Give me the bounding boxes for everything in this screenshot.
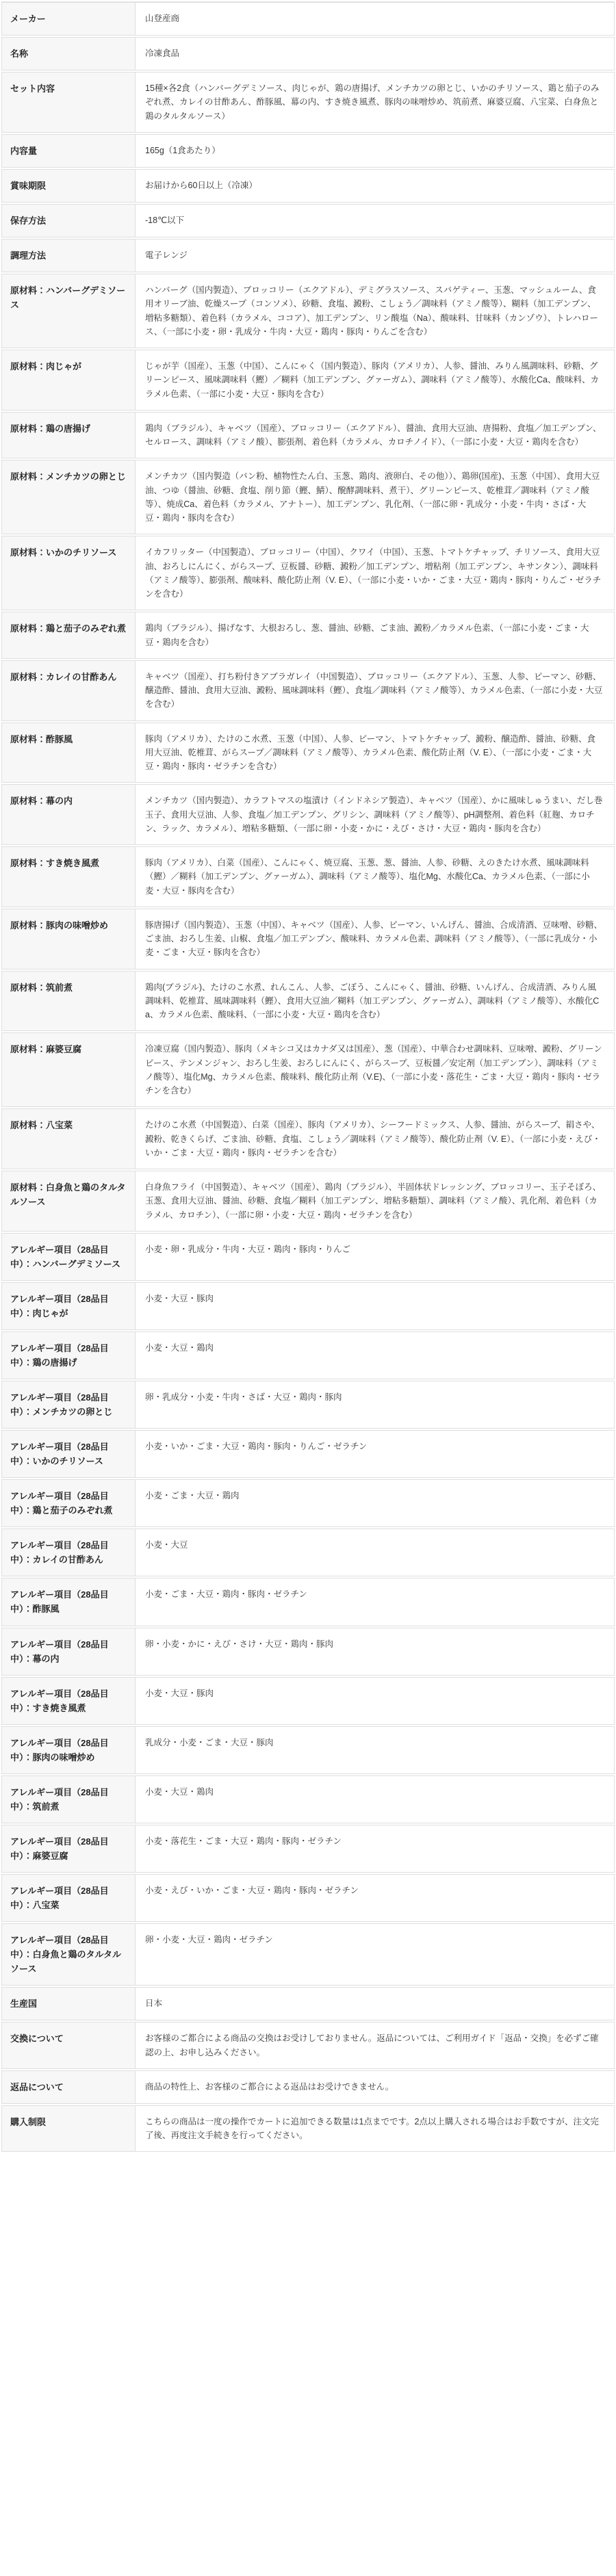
row-label: 原材料：豚肉の味噌炒め xyxy=(1,909,136,970)
row-value: -18℃以下 xyxy=(136,204,615,237)
table-row: アレルギー項目（28品目中）：筑前煮 小麦・大豆・鶏肉 xyxy=(1,1775,615,1823)
row-value: 小麦・いか・ごま・大豆・鶏肉・豚肉・りんご・ゼラチン xyxy=(136,1430,615,1478)
table-row: 原材料：いかのチリソース イカフリッター（中国製造）、ブロッコリー（中国）、クワ… xyxy=(1,536,615,610)
row-value: 小麦・大豆・豚肉 xyxy=(136,1677,615,1725)
table-row: メーカー 山登産商 xyxy=(1,2,615,36)
table-row: 生産国 日本 xyxy=(1,1987,615,2020)
table-row: アレルギー項目（28品目中）：豚肉の味噌炒め 乳成分・小麦・ごま・大豆・豚肉 xyxy=(1,1726,615,1774)
row-value: 鶏肉（ブラジル）、キャベツ（国産）、ブロッコリー（エクアドル）、醤油、食用大豆油… xyxy=(136,412,615,459)
row-label: アレルギー項目（28品目中）：ハンバーグデミソース xyxy=(1,1233,136,1281)
table-row: アレルギー項目（28品目中）：白身魚と鶏のタルタルソース 卵・小麦・大豆・鶏肉・… xyxy=(1,1923,615,1986)
row-value: 鶏肉（ブラジル）、揚げなす、大根おろし、葱、醤油、砂糖、ごま油、澱粉／カラメル色… xyxy=(136,612,615,659)
row-value: こちらの商品は一度の操作でカートに追加できる数量は1点までです。2点以上購入され… xyxy=(136,2105,615,2152)
table-row: アレルギー項目（28品目中）：カレイの甘酢あん 小麦・大豆 xyxy=(1,1528,615,1576)
row-value: お届けから60日以上（冷凍） xyxy=(136,169,615,203)
table-row: 内容量 165g（1食あたり） xyxy=(1,134,615,168)
row-label: アレルギー項目（28品目中）：幕の内 xyxy=(1,1628,136,1676)
table-row: 原材料：すき焼き風煮 豚肉（アメリカ）、白菜（国産）、こんにゃく、焼豆腐、玉葱、… xyxy=(1,846,615,907)
row-value: 鶏肉(ブラジル)、たけのこ水煮、れんこん、人参、ごぼう、こんにゃく、醤油、砂糖、… xyxy=(136,971,615,1032)
row-label: 賞味期限 xyxy=(1,169,136,203)
row-label: アレルギー項目（28品目中）：メンチカツの卵とじ xyxy=(1,1381,136,1429)
row-value: メンチカツ（国内製造（パン粉、植物性たん白、玉葱、鶏肉、液卵白、その他））、鶏卵… xyxy=(136,460,615,534)
table-row: 購入制限 こちらの商品は一度の操作でカートに追加できる数量は1点までです。2点以… xyxy=(1,2105,615,2152)
row-value: メンチカツ（国内製造）、カラフトマスの塩漬け（インドネシア製造）、キャベツ（国産… xyxy=(136,784,615,845)
table-row: 原材料：麻婆豆腐 冷凍豆腐（国内製造）、豚肉（メキシコ又はカナダ又は国産）、葱（… xyxy=(1,1032,615,1107)
row-label: 調理方法 xyxy=(1,239,136,272)
row-value: 山登産商 xyxy=(136,2,615,36)
table-row: 保存方法 -18℃以下 xyxy=(1,204,615,237)
row-label: 原材料：鶏と茄子のみぞれ煮 xyxy=(1,612,136,659)
row-label: 原材料：筑前煮 xyxy=(1,971,136,1032)
table-row: セット内容 15種×各2食（ハンバーグデミソース、肉じゃが、鶏の唐揚げ、メンチカ… xyxy=(1,72,615,133)
row-value: 小麦・大豆 xyxy=(136,1528,615,1576)
row-label: アレルギー項目（28品目中）：麻婆豆腐 xyxy=(1,1825,136,1873)
row-label: アレルギー項目（28品目中）：鶏の唐揚げ xyxy=(1,1331,136,1379)
row-label: 原材料：肉じゃが xyxy=(1,350,136,411)
row-value: じゃが芋（国産）、玉葱（中国）、こんにゃく（国内製造）、豚肉（アメリカ）、人参、… xyxy=(136,350,615,411)
row-label: 原材料：鶏の唐揚げ xyxy=(1,412,136,459)
row-label: 原材料：いかのチリソース xyxy=(1,536,136,610)
table-row: 調理方法 電子レンジ xyxy=(1,239,615,272)
table-row: アレルギー項目（28品目中）：鶏と茄子のみぞれ煮 小麦・ごま・大豆・鶏肉 xyxy=(1,1479,615,1527)
row-label: アレルギー項目（28品目中）：筑前煮 xyxy=(1,1775,136,1823)
row-value: 小麦・落花生・ごま・大豆・鶏肉・豚肉・ゼラチン xyxy=(136,1825,615,1873)
row-label: 原材料：八宝菜 xyxy=(1,1108,136,1169)
row-label: アレルギー項目（28品目中）：白身魚と鶏のタルタルソース xyxy=(1,1923,136,1986)
table-row: 賞味期限 お届けから60日以上（冷凍） xyxy=(1,169,615,203)
row-value: 白身魚フライ（中国製造）、キャベツ（国産）、鶏肉（ブラジル）、半固体状ドレッシン… xyxy=(136,1171,615,1232)
row-value: 冷凍食品 xyxy=(136,37,615,70)
table-row: 原材料：メンチカツの卵とじ メンチカツ（国内製造（パン粉、植物性たん白、玉葱、鶏… xyxy=(1,460,615,534)
row-value: 冷凍豆腐（国内製造）、豚肉（メキシコ又はカナダ又は国産）、葱（国産）、中華合わせ… xyxy=(136,1032,615,1107)
row-value: 15種×各2食（ハンバーグデミソース、肉じゃが、鶏の唐揚げ、メンチカツの卵とじ、… xyxy=(136,72,615,133)
row-value: 卵・小麦・かに・えび・さけ・大豆・鶏肉・豚肉 xyxy=(136,1628,615,1676)
row-label: アレルギー項目（28品目中）：すき焼き風煮 xyxy=(1,1677,136,1725)
table-row: アレルギー項目（28品目中）：鶏の唐揚げ 小麦・大豆・鶏肉 xyxy=(1,1331,615,1379)
table-row: 原材料：筑前煮 鶏肉(ブラジル)、たけのこ水煮、れんこん、人参、ごぼう、こんにゃ… xyxy=(1,971,615,1032)
row-value: 小麦・えび・いか・ごま・大豆・鶏肉・豚肉・ゼラチン xyxy=(136,1874,615,1922)
row-label: 生産国 xyxy=(1,1987,136,2020)
table-row: 原材料：幕の内 メンチカツ（国内製造）、カラフトマスの塩漬け（インドネシア製造）… xyxy=(1,784,615,845)
table-row: 交換について お客様のご都合による商品の交換はお受けしておりません。返品について… xyxy=(1,2022,615,2069)
row-label: 原材料：麻婆豆腐 xyxy=(1,1032,136,1107)
table-row: 原材料：鶏と茄子のみぞれ煮 鶏肉（ブラジル）、揚げなす、大根おろし、葱、醤油、砂… xyxy=(1,612,615,659)
row-label: アレルギー項目（28品目中）：肉じゃが xyxy=(1,1282,136,1330)
row-value: ハンバーグ（国内製造）、ブロッコリー（エクアドル）、デミグラスソース、スパゲティ… xyxy=(136,274,615,348)
table-row: 原材料：八宝菜 たけのこ水煮（中国製造）、白菜（国産）、豚肉（アメリカ）、シーフ… xyxy=(1,1108,615,1169)
row-label: 返品について xyxy=(1,2070,136,2104)
table-row: 原材料：ハンバーグデミソース ハンバーグ（国内製造）、ブロッコリー（エクアドル）… xyxy=(1,274,615,348)
row-label: 内容量 xyxy=(1,134,136,168)
row-value: 豚肉（アメリカ）、たけのこ水煮、玉葱（中国）、人参、ピーマン、トマトケチャップ、… xyxy=(136,723,615,783)
table-row: アレルギー項目（28品目中）：麻婆豆腐 小麦・落花生・ごま・大豆・鶏肉・豚肉・ゼ… xyxy=(1,1825,615,1873)
row-value: 小麦・卵・乳成分・牛肉・大豆・鶏肉・豚肉・りんご xyxy=(136,1233,615,1281)
row-value: 卵・乳成分・小麦・牛肉・さば・大豆・鶏肉・豚肉 xyxy=(136,1381,615,1429)
row-value: 豚肉（アメリカ）、白菜（国産）、こんにゃく、焼豆腐、玉葱、葱、醤油、人参、砂糖、… xyxy=(136,846,615,907)
table-row: アレルギー項目（28品目中）：ハンバーグデミソース 小麦・卵・乳成分・牛肉・大豆… xyxy=(1,1233,615,1281)
table-row: アレルギー項目（28品目中）：メンチカツの卵とじ 卵・乳成分・小麦・牛肉・さば・… xyxy=(1,1381,615,1429)
row-label: アレルギー項目（28品目中）：いかのチリソース xyxy=(1,1430,136,1478)
table-row: アレルギー項目（28品目中）：すき焼き風煮 小麦・大豆・豚肉 xyxy=(1,1677,615,1725)
table-row: 原材料：白身魚と鶏のタルタルソース 白身魚フライ（中国製造）、キャベツ（国産）、… xyxy=(1,1171,615,1232)
row-label: 原材料：白身魚と鶏のタルタルソース xyxy=(1,1171,136,1232)
row-value: キャベツ（国産）、打ち粉付きアブラガレイ（中国製造）、ブロッコリー（エクアドル）… xyxy=(136,660,615,721)
table-row: アレルギー項目（28品目中）：酢豚風 小麦・ごま・大豆・鶏肉・豚肉・ゼラチン xyxy=(1,1578,615,1626)
table-row: アレルギー項目（28品目中）：八宝菜 小麦・えび・いか・ごま・大豆・鶏肉・豚肉・… xyxy=(1,1874,615,1922)
row-value: 商品の特性上、お客様のご都合による返品はお受けできません。 xyxy=(136,2070,615,2104)
row-value: 豚唐揚げ（国内製造）、玉葱（中国）、キャベツ（国産）、人参、ピーマン、いんげん、… xyxy=(136,909,615,970)
table-row: 原材料：酢豚風 豚肉（アメリカ）、たけのこ水煮、玉葱（中国）、人参、ピーマン、ト… xyxy=(1,723,615,783)
row-value: 小麦・大豆・豚肉 xyxy=(136,1282,615,1330)
row-label: アレルギー項目（28品目中）：酢豚風 xyxy=(1,1578,136,1626)
row-value: たけのこ水煮（中国製造）、白菜（国産）、豚肉（アメリカ）、シーフードミックス、人… xyxy=(136,1108,615,1169)
product-spec-table: メーカー 山登産商 名称 冷凍食品 セット内容 15種×各2食（ハンバーグデミソ… xyxy=(1,1,615,2152)
row-label: 原材料：幕の内 xyxy=(1,784,136,845)
row-label: 原材料：カレイの甘酢あん xyxy=(1,660,136,721)
row-value: お客様のご都合による商品の交換はお受けしておりません。返品については、ご利用ガイ… xyxy=(136,2022,615,2069)
row-label: 交換について xyxy=(1,2022,136,2069)
table-row: 原材料：鶏の唐揚げ 鶏肉（ブラジル）、キャベツ（国産）、ブロッコリー（エクアドル… xyxy=(1,412,615,459)
row-label: 原材料：メンチカツの卵とじ xyxy=(1,460,136,534)
table-row: 原材料：肉じゃが じゃが芋（国産）、玉葱（中国）、こんにゃく（国内製造）、豚肉（… xyxy=(1,350,615,411)
row-label: 原材料：ハンバーグデミソース xyxy=(1,274,136,348)
row-value: 165g（1食あたり） xyxy=(136,134,615,168)
row-label: 購入制限 xyxy=(1,2105,136,2152)
row-label: 原材料：すき焼き風煮 xyxy=(1,846,136,907)
table-row: 原材料：カレイの甘酢あん キャベツ（国産）、打ち粉付きアブラガレイ（中国製造）、… xyxy=(1,660,615,721)
row-label: セット内容 xyxy=(1,72,136,133)
row-label: アレルギー項目（28品目中）：豚肉の味噌炒め xyxy=(1,1726,136,1774)
row-value: 電子レンジ xyxy=(136,239,615,272)
row-value: 小麦・ごま・大豆・鶏肉・豚肉・ゼラチン xyxy=(136,1578,615,1626)
row-value: 小麦・大豆・鶏肉 xyxy=(136,1331,615,1379)
row-label: 名称 xyxy=(1,37,136,70)
table-row: 名称 冷凍食品 xyxy=(1,37,615,70)
row-label: 原材料：酢豚風 xyxy=(1,723,136,783)
table-row: アレルギー項目（28品目中）：幕の内 卵・小麦・かに・えび・さけ・大豆・鶏肉・豚… xyxy=(1,1628,615,1676)
table-row: 原材料：豚肉の味噌炒め 豚唐揚げ（国内製造）、玉葱（中国）、キャベツ（国産）、人… xyxy=(1,909,615,970)
row-label: アレルギー項目（28品目中）：八宝菜 xyxy=(1,1874,136,1922)
table-row: アレルギー項目（28品目中）：いかのチリソース 小麦・いか・ごま・大豆・鶏肉・豚… xyxy=(1,1430,615,1478)
row-value: イカフリッター（中国製造）、ブロッコリー（中国）、クワイ（中国）、玉葱、トマトケ… xyxy=(136,536,615,610)
row-value: 小麦・ごま・大豆・鶏肉 xyxy=(136,1479,615,1527)
row-value: 日本 xyxy=(136,1987,615,2020)
row-label: アレルギー項目（28品目中）：カレイの甘酢あん xyxy=(1,1528,136,1576)
row-value: 乳成分・小麦・ごま・大豆・豚肉 xyxy=(136,1726,615,1774)
row-label: メーカー xyxy=(1,2,136,36)
table-row: 返品について 商品の特性上、お客様のご都合による返品はお受けできません。 xyxy=(1,2070,615,2104)
row-value: 卵・小麦・大豆・鶏肉・ゼラチン xyxy=(136,1923,615,1986)
row-value: 小麦・大豆・鶏肉 xyxy=(136,1775,615,1823)
row-label: 保存方法 xyxy=(1,204,136,237)
row-label: アレルギー項目（28品目中）：鶏と茄子のみぞれ煮 xyxy=(1,1479,136,1527)
table-row: アレルギー項目（28品目中）：肉じゃが 小麦・大豆・豚肉 xyxy=(1,1282,615,1330)
